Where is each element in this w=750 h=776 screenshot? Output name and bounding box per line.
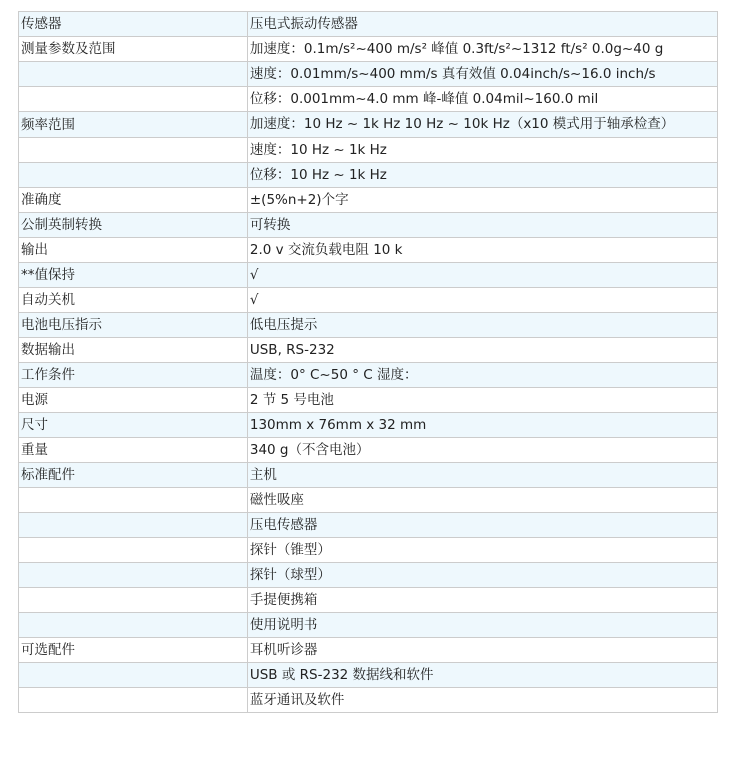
spec-value: ±(5%n+2)个字	[247, 188, 717, 213]
spec-label	[19, 613, 248, 638]
spec-label	[19, 488, 248, 513]
spec-label: 电池电压指示	[19, 313, 248, 338]
table-row: 探针（锥型）	[19, 538, 718, 563]
table-row: 输出2.0 v 交流负载电阻 10 k	[19, 238, 718, 263]
table-row: 工作条件温度：0° C~50 ° C 湿度：	[19, 363, 718, 388]
spec-value: 340 g（不含电池）	[247, 438, 717, 463]
spec-label: 工作条件	[19, 363, 248, 388]
spec-label	[19, 62, 248, 87]
spec-label: 标准配件	[19, 463, 248, 488]
table-row: 蓝牙通讯及软件	[19, 688, 718, 713]
table-row: 重量340 g（不含电池）	[19, 438, 718, 463]
spec-label	[19, 563, 248, 588]
spec-value: 速度：0.01mm/s~400 mm/s 真有效值 0.04inch/s~16.…	[247, 62, 717, 87]
table-row: 电池电压指示低电压提示	[19, 313, 718, 338]
spec-value: 加速度：0.1m/s²~400 m/s² 峰值 0.3ft/s²~1312 ft…	[247, 37, 717, 62]
spec-value: 探针（球型）	[247, 563, 717, 588]
spec-table: 传感器压电式振动传感器 测量参数及范围加速度：0.1m/s²~400 m/s² …	[18, 11, 718, 713]
spec-label	[19, 588, 248, 613]
table-row: 准确度±(5%n+2)个字	[19, 188, 718, 213]
table-row: 速度：10 Hz ~ 1k Hz	[19, 138, 718, 163]
spec-label	[19, 163, 248, 188]
spec-value: 磁性吸座	[247, 488, 717, 513]
spec-label: 电源	[19, 388, 248, 413]
spec-value: 加速度：10 Hz ~ 1k Hz 10 Hz ~ 10k Hz（x10 模式用…	[247, 112, 717, 138]
spec-label: 频率范围	[19, 112, 248, 138]
table-row: 自动关机√	[19, 288, 718, 313]
spec-value: 速度：10 Hz ~ 1k Hz	[247, 138, 717, 163]
table-row: 探针（球型）	[19, 563, 718, 588]
table-row: 使用说明书	[19, 613, 718, 638]
spec-label: 测量参数及范围	[19, 37, 248, 62]
spec-label	[19, 138, 248, 163]
spec-value: USB, RS-232	[247, 338, 717, 363]
table-row: 位移：10 Hz ~ 1k Hz	[19, 163, 718, 188]
spec-label: 重量	[19, 438, 248, 463]
spec-label	[19, 688, 248, 713]
spec-value: 主机	[247, 463, 717, 488]
spec-value: 温度：0° C~50 ° C 湿度：	[247, 363, 717, 388]
table-row: 频率范围加速度：10 Hz ~ 1k Hz 10 Hz ~ 10k Hz（x10…	[19, 112, 718, 138]
spec-label: 传感器	[19, 12, 248, 37]
spec-label	[19, 663, 248, 688]
spec-label: 尺寸	[19, 413, 248, 438]
spec-value: 使用说明书	[247, 613, 717, 638]
spec-value: 手提便携箱	[247, 588, 717, 613]
spec-label: 自动关机	[19, 288, 248, 313]
spec-label: 准确度	[19, 188, 248, 213]
table-row: 磁性吸座	[19, 488, 718, 513]
spec-value: 可转换	[247, 213, 717, 238]
spec-label	[19, 513, 248, 538]
table-row: 电源2 节 5 号电池	[19, 388, 718, 413]
spec-label: 可选配件	[19, 638, 248, 663]
spec-label: **值保持	[19, 263, 248, 288]
spec-value: 耳机听诊器	[247, 638, 717, 663]
table-row: 标准配件主机	[19, 463, 718, 488]
table-row: USB 或 RS-232 数据线和软件	[19, 663, 718, 688]
checkmark-icon: √	[247, 288, 717, 313]
spec-value: 2.0 v 交流负载电阻 10 k	[247, 238, 717, 263]
spec-value: 压电式振动传感器	[247, 12, 717, 37]
table-row: 数据输出USB, RS-232	[19, 338, 718, 363]
spec-value: 2 节 5 号电池	[247, 388, 717, 413]
spec-label	[19, 87, 248, 112]
spec-label: 数据输出	[19, 338, 248, 363]
spec-value: 压电传感器	[247, 513, 717, 538]
table-row: 公制英制转换可转换	[19, 213, 718, 238]
table-row: 可选配件耳机听诊器	[19, 638, 718, 663]
spec-value: 130mm x 76mm x 32 mm	[247, 413, 717, 438]
spec-label: 输出	[19, 238, 248, 263]
table-row: 压电传感器	[19, 513, 718, 538]
checkmark-icon: √	[247, 263, 717, 288]
spec-label: 公制英制转换	[19, 213, 248, 238]
table-row: 手提便携箱	[19, 588, 718, 613]
spec-value: 探针（锥型）	[247, 538, 717, 563]
spec-value: 位移：0.001mm~4.0 mm 峰-峰值 0.04mil~160.0 mil	[247, 87, 717, 112]
table-row: 测量参数及范围加速度：0.1m/s²~400 m/s² 峰值 0.3ft/s²~…	[19, 37, 718, 62]
spec-label	[19, 538, 248, 563]
table-row: **值保持√	[19, 263, 718, 288]
table-row: 速度：0.01mm/s~400 mm/s 真有效值 0.04inch/s~16.…	[19, 62, 718, 87]
table-row: 位移：0.001mm~4.0 mm 峰-峰值 0.04mil~160.0 mil	[19, 87, 718, 112]
table-row: 传感器压电式振动传感器	[19, 12, 718, 37]
spec-value: 位移：10 Hz ~ 1k Hz	[247, 163, 717, 188]
table-row: 尺寸130mm x 76mm x 32 mm	[19, 413, 718, 438]
spec-value: 蓝牙通讯及软件	[247, 688, 717, 713]
spec-value: 低电压提示	[247, 313, 717, 338]
spec-value: USB 或 RS-232 数据线和软件	[247, 663, 717, 688]
